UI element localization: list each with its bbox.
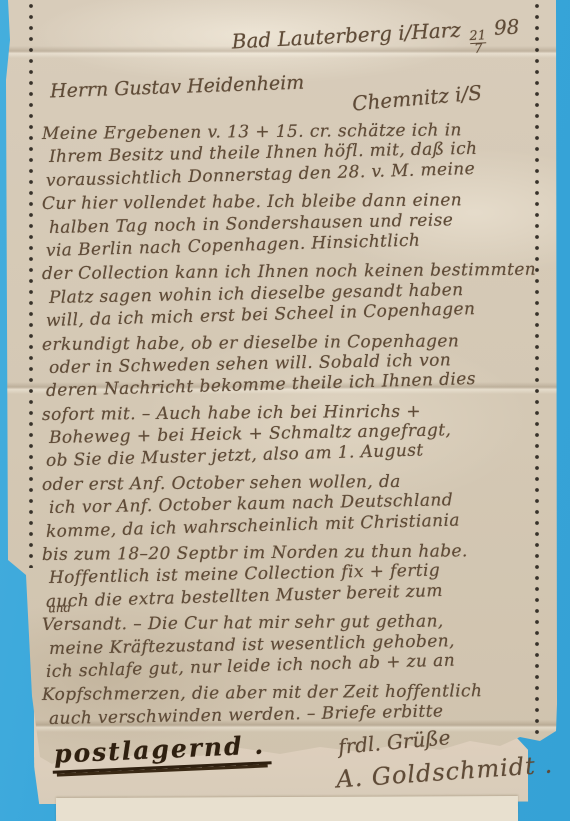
letter-body: Meine Ergebenen v. 13 + 15. cr. schätze … (42, 124, 542, 732)
date-fraction: 21 7 (469, 30, 487, 56)
date-year: 98 (493, 14, 520, 39)
letter-scan: Bad Lauterberg i/Harz 21 7 98 Herrn Gust… (0, 0, 570, 821)
inserted-word: und (48, 601, 72, 616)
handwriting-layer: Bad Lauterberg i/Harz 21 7 98 Herrn Gust… (0, 0, 570, 821)
signature: A. Goldschmidt . (335, 750, 554, 793)
recipient-name: Herrn Gustav Heidenheim (50, 72, 305, 103)
dateline: Bad Lauterberg i/Harz 21 7 98 (231, 14, 521, 68)
dateline-place: Bad Lauterberg i/Harz (231, 18, 461, 54)
recipient-city: Chemnitz i/S (351, 80, 483, 115)
poste-restante-note: postlagernd . (51, 730, 271, 774)
date-month: 7 (470, 42, 487, 56)
